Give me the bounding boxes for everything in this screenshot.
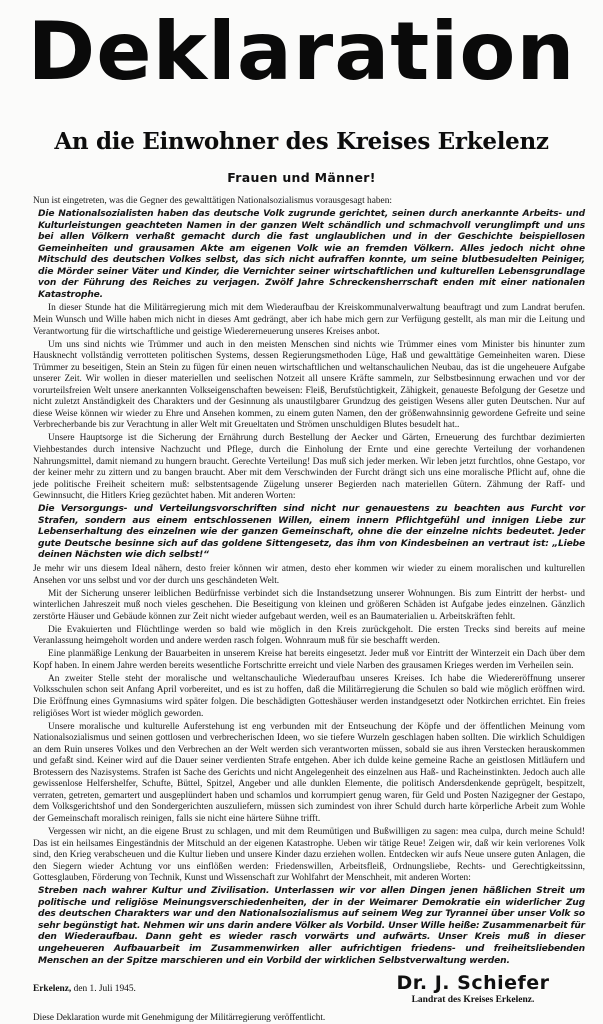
date: den 1. Juli 1945. <box>74 984 136 994</box>
paragraph: An zweiter Stelle steht der moralische u… <box>33 674 585 720</box>
paragraph: Um uns sind nichts wie Trümmer und auch … <box>33 340 585 432</box>
signatory-role: Landrat des Kreises Erkelenz. <box>373 994 573 1006</box>
document-footer: Erkelenz, den 1. Juli 1945. Dr. J. Schie… <box>33 972 585 1022</box>
approval-note: Diese Deklaration wurde mit Genehmigung … <box>33 1012 325 1022</box>
paragraph-emphasis-1: Die Nationalsozialisten haben das deutsc… <box>33 209 585 301</box>
paragraph: Eine planmäßige Lenkung der Bauarbeiten … <box>33 649 585 672</box>
place-and-date: Erkelenz, den 1. Juli 1945. <box>33 984 136 994</box>
declaration-body: Nun ist eingetreten, was die Gegner des … <box>33 196 585 969</box>
paragraph: Unsere Hauptsorge ist die Sicherung der … <box>33 433 585 502</box>
paragraph: Je mehr wir uns diesem Ideal nähern, des… <box>33 564 585 587</box>
place: Erkelenz, <box>33 984 71 994</box>
paragraph: Vergessen wir nicht, an die eigene Brust… <box>33 827 585 885</box>
document-subtitle: An die Einwohner des Kreises Erkelenz <box>0 126 603 158</box>
paragraph: Die Evakuierten und Flüchtlinge werden s… <box>33 625 585 648</box>
paragraph: Unsere moralische und kulturelle Auferst… <box>33 722 585 826</box>
signature-block: Dr. J. Schiefer Landrat des Kreises Erke… <box>373 972 573 1006</box>
paragraph: Mit der Sicherung unserer leiblichen Bed… <box>33 589 585 624</box>
paragraph: In dieser Stunde hat die Militärregierun… <box>33 303 585 338</box>
paragraph-intro: Nun ist eingetreten, was die Gegner des … <box>33 196 585 208</box>
document-title: Deklaration <box>0 8 603 96</box>
signatory-name: Dr. J. Schiefer <box>373 972 573 994</box>
paragraph-emphasis-2: Die Versorgungs- und Verteilungsvorschri… <box>33 504 585 562</box>
salutation: Frauen und Männer! <box>0 170 603 186</box>
paragraph-emphasis-3: Streben nach wahrer Kultur und Zivilisat… <box>33 886 585 967</box>
